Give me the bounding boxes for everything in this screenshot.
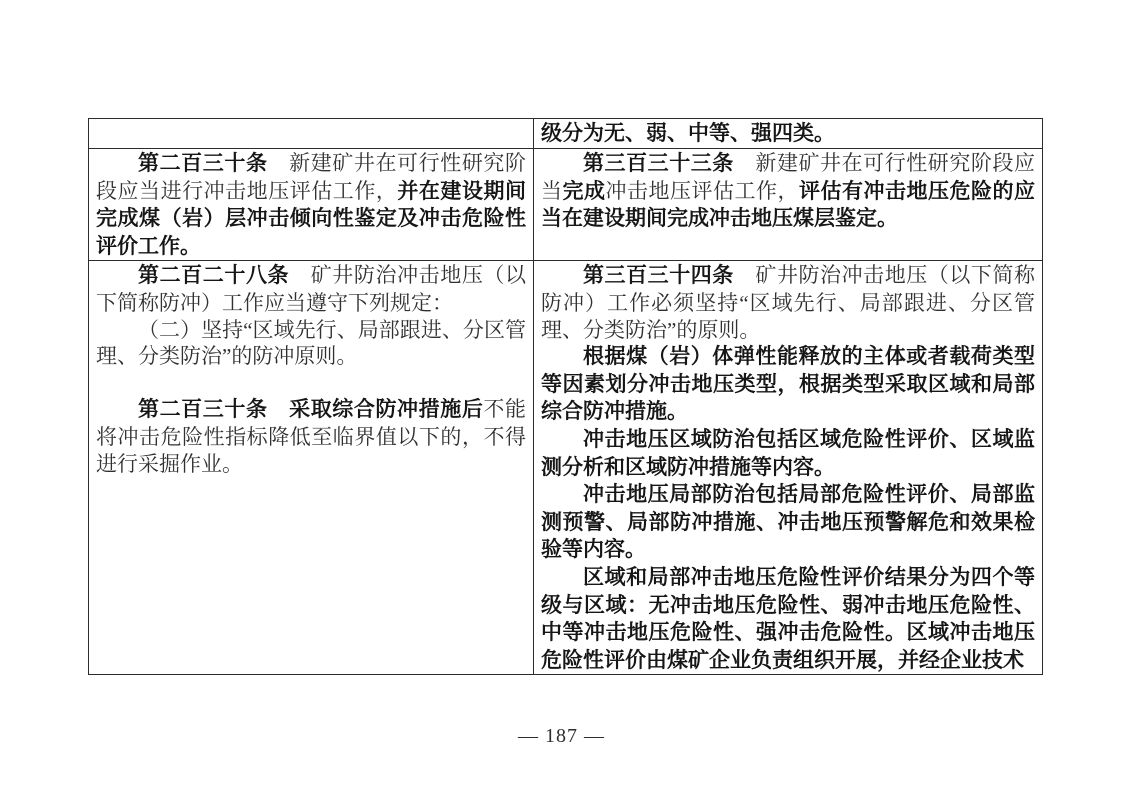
- article-number-333: 第三百三十三条: [583, 152, 734, 175]
- table-row-article-228-vs-334: 第二百二十八条 矿井防治冲击地压（以下简称防冲）工作应当遵守下列规定： （二）坚…: [89, 261, 1043, 675]
- article-number-230-emphasized: 第二百三十条 采取综合防冲措施后: [138, 398, 483, 421]
- body-text: 冲击地压评估工作，: [606, 179, 800, 203]
- paragraph-risk-grades: 区域和局部冲击地压危险性评价结果分为四个等级与区域：无冲击地压危险性、弱冲击地压…: [541, 564, 1035, 674]
- new-regulation-cell-article-334: 第三百三十四条 矿井防治冲击地压（以下简称防冲）工作必须坚持“区域先行、局部跟进…: [534, 261, 1043, 675]
- paragraph-clause-2: （二）坚持“区域先行、局部跟进、分区管理、分类防治”的防冲原则。: [96, 317, 526, 370]
- paragraph-article-230: 第二百三十条 新建矿井在可行性研究阶段应当进行冲击地压评估工作，并在建设期间完成…: [96, 150, 526, 260]
- paragraph-type-classification: 根据煤（岩）体弹性能释放的主体或者载荷类型等因素划分冲击地压类型，根据类型采取区…: [541, 343, 1035, 426]
- paragraph-article-333: 第三百三十三条 新建矿井在可行性研究阶段应当完成冲击地压评估工作，评估有冲击地压…: [541, 150, 1035, 233]
- table-row-continuation: 级分为无、弱、中等、强四类。: [89, 119, 1043, 149]
- emphasized-text: 冲击地压局部防治包括局部危险性评价、局部监测预警、局部防冲措施、冲击地压预警解危…: [541, 483, 1035, 561]
- emphasized-text: 区域和局部冲击地压危险性评价结果分为四个等级与区域：无冲击地压危险性、弱冲击地压…: [541, 566, 1035, 672]
- article-number-228: 第二百二十八条: [138, 264, 289, 287]
- emphasized-text: 完成: [563, 180, 606, 203]
- old-regulation-cell-article-228: 第二百二十八条 矿井防治冲击地压（以下简称防冲）工作应当遵守下列规定： （二）坚…: [89, 261, 534, 675]
- amended-text: 级分为无、弱、中等、强四类。: [541, 122, 835, 145]
- page-number: — 187 —: [0, 725, 1123, 748]
- regulation-comparison-table: 级分为无、弱、中等、强四类。 第二百三十条 新建矿井在可行性研究阶段应当进行冲击…: [88, 118, 1043, 675]
- document-page: 级分为无、弱、中等、强四类。 第二百三十条 新建矿井在可行性研究阶段应当进行冲击…: [0, 0, 1123, 794]
- body-text: （二）坚持“区域先行、局部跟进、分区管理、分类防治”的防冲原则。: [96, 318, 526, 369]
- new-regulation-cell-continuation: 级分为无、弱、中等、强四类。: [534, 119, 1043, 149]
- old-regulation-cell-empty: [89, 119, 534, 149]
- paragraph-article-334: 第三百三十四条 矿井防治冲击地压（以下简称防冲）工作必须坚持“区域先行、局部跟进…: [541, 262, 1035, 343]
- continuation-paragraph: 级分为无、弱、中等、强四类。: [541, 120, 1035, 148]
- emphasized-text: 冲击地压区域防治包括区域危险性评价、区域监测分析和区域防冲措施等内容。: [541, 428, 1035, 479]
- paragraph-article-230-measures: 第二百三十条 采取综合防冲措施后不能将冲击危险性指标降低至临界值以下的，不得进行…: [96, 396, 526, 477]
- new-regulation-cell-article-333: 第三百三十三条 新建矿井在可行性研究阶段应当完成冲击地压评估工作，评估有冲击地压…: [534, 149, 1043, 261]
- paragraph-regional-prevention: 冲击地压区域防治包括区域危险性评价、区域监测分析和区域防冲措施等内容。: [541, 426, 1035, 481]
- emphasized-text: 根据煤（岩）体弹性能释放的主体或者载荷类型等因素划分冲击地压类型，根据类型采取区…: [541, 345, 1035, 423]
- paragraph-local-prevention: 冲击地压局部防治包括局部危险性评价、局部监测预警、局部防冲措施、冲击地压预警解危…: [541, 481, 1035, 564]
- article-number-230: 第二百三十条: [138, 152, 268, 175]
- article-number-334: 第三百三十四条: [583, 264, 734, 287]
- paragraph-article-228: 第二百二十八条 矿井防治冲击地压（以下简称防冲）工作应当遵守下列规定：: [96, 262, 526, 316]
- old-regulation-cell-article-230: 第二百三十条 新建矿井在可行性研究阶段应当进行冲击地压评估工作，并在建设期间完成…: [89, 149, 534, 261]
- table-row-article-230-vs-333: 第二百三十条 新建矿井在可行性研究阶段应当进行冲击地压评估工作，并在建设期间完成…: [89, 149, 1043, 261]
